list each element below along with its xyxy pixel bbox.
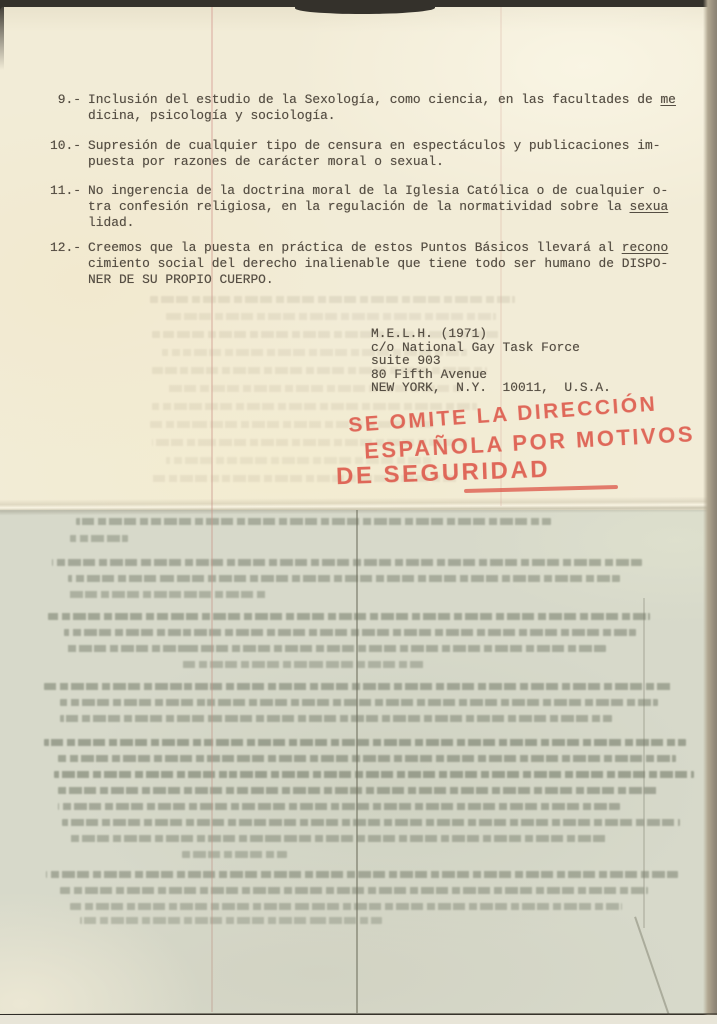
item-number: 11.- bbox=[50, 183, 81, 199]
ghost-line bbox=[182, 851, 287, 858]
ghost-line bbox=[52, 559, 642, 566]
address-line: M.E.L.H. (1971) bbox=[371, 327, 611, 341]
ghost-line bbox=[150, 296, 515, 303]
address-line: 80 Fifth Avenue bbox=[371, 368, 611, 382]
typed-line: Creemos que la puesta en práctica de est… bbox=[88, 240, 698, 256]
typed-body-text: 9.-Inclusión del estudio de la Sexología… bbox=[50, 92, 698, 288]
list-item-9: 9.-Inclusión del estudio de la Sexología… bbox=[50, 92, 698, 124]
ghost-line bbox=[54, 771, 694, 778]
ghost-line bbox=[70, 835, 608, 842]
list-item-12: 12.-Creemos que la puesta en práctica de… bbox=[50, 240, 698, 288]
scan-bottom-strip bbox=[0, 1015, 717, 1024]
paper-right-edge-shadow bbox=[703, 0, 717, 1016]
item-number: 10.- bbox=[50, 138, 81, 154]
handwritten-red-note: SE OMITE LA DIRECCIÓNESPAÑOLA POR MOTIVO… bbox=[338, 402, 695, 485]
item-number: 9.- bbox=[50, 92, 81, 108]
ghost-line bbox=[64, 645, 606, 652]
item-text: Supresión de cualquier tipo de censura e… bbox=[88, 138, 698, 170]
typed-line: cimiento social del derecho inalienable … bbox=[88, 256, 698, 272]
typed-line: lidad. bbox=[88, 215, 698, 231]
address-block: M.E.L.H. (1971)c/o National Gay Task For… bbox=[371, 327, 611, 395]
horizontal-fold-crease bbox=[0, 496, 717, 515]
ghost-line bbox=[76, 518, 551, 525]
ghost-line bbox=[182, 661, 424, 668]
typed-line: tra confesión religiosa, en la regulació… bbox=[88, 199, 698, 215]
item-number: 12.- bbox=[50, 240, 81, 256]
scan-left-edge bbox=[0, 0, 4, 70]
list-item-11: 11.-No ingerencia de la doctrina moral d… bbox=[50, 183, 698, 231]
address-line: suite 903 bbox=[371, 354, 611, 368]
ghost-line bbox=[58, 787, 660, 794]
scanned-document-page: 9.-Inclusión del estudio de la Sexología… bbox=[0, 0, 717, 1024]
ghost-line bbox=[60, 715, 612, 722]
ghost-line bbox=[48, 613, 650, 620]
address-line: NEW YORK, N.Y. 10011, U.S.A. bbox=[371, 381, 611, 395]
vertical-fold-line bbox=[356, 510, 358, 1013]
ghost-line bbox=[46, 871, 678, 878]
item-text: Inclusión del estudio de la Sexología, c… bbox=[88, 92, 698, 124]
ghost-line bbox=[44, 739, 686, 746]
ghost-line bbox=[70, 535, 128, 542]
typed-line: Supresión de cualquier tipo de censura e… bbox=[88, 138, 698, 154]
ghost-line bbox=[64, 629, 636, 636]
address-line: c/o National Gay Task Force bbox=[371, 341, 611, 355]
ghost-line bbox=[58, 803, 620, 810]
item-text: Creemos que la puesta en práctica de est… bbox=[88, 240, 698, 288]
ghost-line bbox=[68, 591, 266, 598]
typed-line: NER DE SU PROPIO CUERPO. bbox=[88, 272, 698, 288]
typed-line: No ingerencia de la doctrina moral de la… bbox=[88, 183, 698, 199]
typed-line: Inclusión del estudio de la Sexología, c… bbox=[88, 92, 698, 108]
ghost-line bbox=[166, 313, 496, 320]
typed-line: dicina, psicología y sociología. bbox=[88, 108, 698, 124]
ghost-line bbox=[80, 917, 382, 924]
ghost-line bbox=[68, 575, 620, 582]
faint-vertical-crease bbox=[643, 598, 645, 928]
ghost-line bbox=[60, 699, 658, 706]
typed-line: puesta por razones de carácter moral o s… bbox=[88, 154, 698, 170]
list-item-10: 10.-Supresión de cualquier tipo de censu… bbox=[50, 138, 698, 170]
ghost-line bbox=[70, 903, 622, 910]
ghost-line bbox=[58, 755, 676, 762]
ghost-line bbox=[60, 887, 648, 894]
ghost-line bbox=[44, 683, 672, 690]
ghost-line bbox=[62, 819, 680, 826]
item-text: No ingerencia de la doctrina moral de la… bbox=[88, 183, 698, 231]
